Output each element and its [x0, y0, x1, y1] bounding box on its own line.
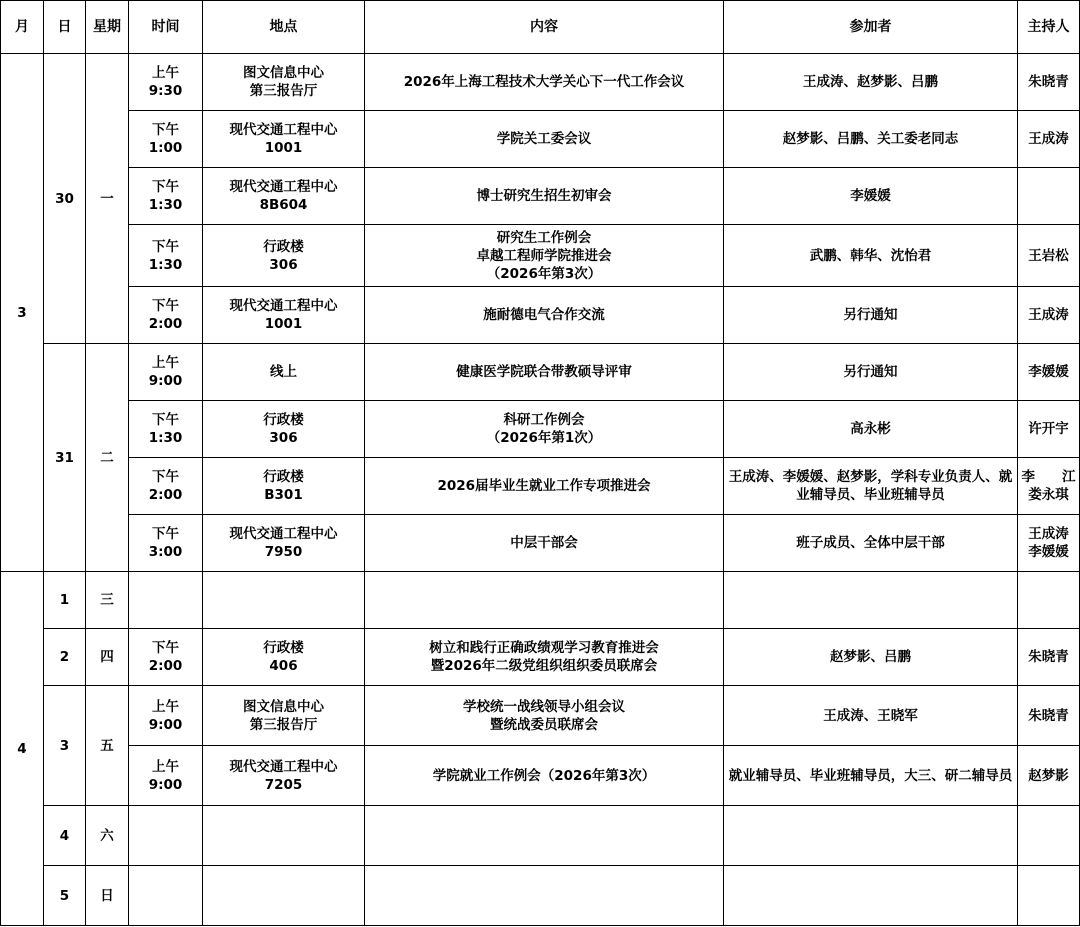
time-cell: 下午 1:30	[129, 225, 203, 287]
participants-cell: 班子成员、全体中层干部	[724, 515, 1018, 572]
content-cell: 博士研究生招生初审会	[365, 168, 724, 225]
header-host: 主持人	[1018, 1, 1080, 54]
header-month: 月	[1, 1, 44, 54]
time-cell: 上午 9:00	[129, 344, 203, 401]
content-cell: 树立和践行正确政绩观学习教育推进会 暨2026年二级党组织组织委员联席会	[365, 629, 724, 686]
participants-cell	[724, 572, 1018, 629]
time-cell: 下午 1:00	[129, 111, 203, 168]
host-cell: 许开宇	[1018, 401, 1080, 458]
weekday-cell: 日	[86, 866, 129, 926]
host-cell	[1018, 806, 1080, 866]
header-location: 地点	[203, 1, 365, 54]
participants-cell: 另行通知	[724, 287, 1018, 344]
participants-cell: 高永彬	[724, 401, 1018, 458]
table-row: 下午 2:00 现代交通工程中心 1001 施耐德电气合作交流 另行通知 王成涛	[1, 287, 1080, 344]
weekday-cell: 一	[86, 54, 129, 344]
content-cell: 学院就业工作例会（2026年第3次）	[365, 746, 724, 806]
table-row: 下午 1:00 现代交通工程中心 1001 学院关工委会议 赵梦影、吕鹏、关工委…	[1, 111, 1080, 168]
participants-cell	[724, 806, 1018, 866]
time-cell: 下午 1:30	[129, 401, 203, 458]
participants-cell: 王成涛、李媛媛、赵梦影，学科专业负责人、就业辅导员、毕业班辅导员	[724, 458, 1018, 515]
time-cell	[129, 806, 203, 866]
header-weekday: 星期	[86, 1, 129, 54]
location-cell	[203, 572, 365, 629]
weekday-cell: 四	[86, 629, 129, 686]
table-row: 3 30 一 上午 9:30 图文信息中心 第三报告厅 2026年上海工程技术大…	[1, 54, 1080, 111]
table-row: 下午 1:30 行政楼 306 科研工作例会 （2026年第1次） 高永彬 许开…	[1, 401, 1080, 458]
content-cell: 2026年上海工程技术大学关心下一代工作会议	[365, 54, 724, 111]
host-cell: 朱晓青	[1018, 629, 1080, 686]
weekday-cell: 五	[86, 686, 129, 806]
time-cell: 下午 2:00	[129, 458, 203, 515]
table-row: 2 四 下午 2:00 行政楼 406 树立和践行正确政绩观学习教育推进会 暨2…	[1, 629, 1080, 686]
participants-cell: 武鹏、韩华、沈怡君	[724, 225, 1018, 287]
table-row: 下午 3:00 现代交通工程中心 7950 中层干部会 班子成员、全体中层干部 …	[1, 515, 1080, 572]
participants-cell: 王成涛、赵梦影、吕鹏	[724, 54, 1018, 111]
location-cell: 行政楼 306	[203, 225, 365, 287]
host-cell: 王成涛 李媛媛	[1018, 515, 1080, 572]
table-row: 4 1 三	[1, 572, 1080, 629]
time-cell: 下午 2:00	[129, 629, 203, 686]
host-cell: 王岩松	[1018, 225, 1080, 287]
host-cell	[1018, 866, 1080, 926]
table-row: 下午 2:00 行政楼 B301 2026届毕业生就业工作专项推进会 王成涛、李…	[1, 458, 1080, 515]
location-cell: 现代交通工程中心 1001	[203, 111, 365, 168]
content-cell: 施耐德电气合作交流	[365, 287, 724, 344]
content-cell: 学院关工委会议	[365, 111, 724, 168]
table-row: 4 六	[1, 806, 1080, 866]
participants-cell: 就业辅导员、毕业班辅导员，大三、研二辅导员	[724, 746, 1018, 806]
day-cell: 3	[44, 686, 86, 806]
time-cell: 下午 1:30	[129, 168, 203, 225]
table-row: 上午 9:00 现代交通工程中心 7205 学院就业工作例会（2026年第3次）…	[1, 746, 1080, 806]
meeting-schedule-table: 月 日 星期 时间 地点 内容 参加者 主持人 3 30 一 上午 9:30 图…	[0, 0, 1080, 926]
content-cell: 研究生工作例会 卓越工程师学院推进会 （2026年第3次）	[365, 225, 724, 287]
location-cell	[203, 866, 365, 926]
table-row: 下午 1:30 现代交通工程中心 8B604 博士研究生招生初审会 李媛媛	[1, 168, 1080, 225]
day-cell: 1	[44, 572, 86, 629]
location-cell: 行政楼 B301	[203, 458, 365, 515]
participants-cell: 赵梦影、吕鹏	[724, 629, 1018, 686]
host-cell: 赵梦影	[1018, 746, 1080, 806]
time-cell: 上午 9:00	[129, 686, 203, 746]
day-cell: 5	[44, 866, 86, 926]
host-cell: 王成涛	[1018, 287, 1080, 344]
location-cell: 现代交通工程中心 7205	[203, 746, 365, 806]
weekday-cell: 三	[86, 572, 129, 629]
content-cell: 科研工作例会 （2026年第1次）	[365, 401, 724, 458]
table-row: 31 二 上午 9:00 线上 健康医学院联合带教硕导评审 另行通知 李媛媛	[1, 344, 1080, 401]
content-cell	[365, 866, 724, 926]
location-cell	[203, 806, 365, 866]
month-cell: 4	[1, 572, 44, 926]
host-cell: 朱晓青	[1018, 54, 1080, 111]
participants-cell: 李媛媛	[724, 168, 1018, 225]
participants-cell: 王成涛、王晓军	[724, 686, 1018, 746]
location-cell: 图文信息中心 第三报告厅	[203, 686, 365, 746]
header-participants: 参加者	[724, 1, 1018, 54]
time-cell: 上午 9:30	[129, 54, 203, 111]
location-cell: 现代交通工程中心 8B604	[203, 168, 365, 225]
month-cell: 3	[1, 54, 44, 572]
weekday-cell: 六	[86, 806, 129, 866]
content-cell: 中层干部会	[365, 515, 724, 572]
day-cell: 4	[44, 806, 86, 866]
participants-cell: 另行通知	[724, 344, 1018, 401]
host-cell: 李 江 娄永琪	[1018, 458, 1080, 515]
host-cell	[1018, 572, 1080, 629]
time-cell	[129, 572, 203, 629]
day-cell: 31	[44, 344, 86, 572]
table-row: 下午 1:30 行政楼 306 研究生工作例会 卓越工程师学院推进会 （2026…	[1, 225, 1080, 287]
host-cell: 朱晓青	[1018, 686, 1080, 746]
location-cell: 行政楼 306	[203, 401, 365, 458]
host-cell: 王成涛	[1018, 111, 1080, 168]
location-cell: 图文信息中心 第三报告厅	[203, 54, 365, 111]
day-cell: 2	[44, 629, 86, 686]
content-cell	[365, 572, 724, 629]
content-cell: 2026届毕业生就业工作专项推进会	[365, 458, 724, 515]
header-time: 时间	[129, 1, 203, 54]
table-row: 5 日	[1, 866, 1080, 926]
header-content: 内容	[365, 1, 724, 54]
weekday-cell: 二	[86, 344, 129, 572]
host-cell: 李媛媛	[1018, 344, 1080, 401]
participants-cell: 赵梦影、吕鹏、关工委老同志	[724, 111, 1018, 168]
location-cell: 现代交通工程中心 1001	[203, 287, 365, 344]
content-cell: 学校统一战线领导小组会议 暨统战委员联席会	[365, 686, 724, 746]
time-cell: 下午 3:00	[129, 515, 203, 572]
header-day: 日	[44, 1, 86, 54]
host-cell	[1018, 168, 1080, 225]
location-cell: 行政楼 406	[203, 629, 365, 686]
header-row: 月 日 星期 时间 地点 内容 参加者 主持人	[1, 1, 1080, 54]
time-cell: 上午 9:00	[129, 746, 203, 806]
location-cell: 现代交通工程中心 7950	[203, 515, 365, 572]
time-cell: 下午 2:00	[129, 287, 203, 344]
day-cell: 30	[44, 54, 86, 344]
time-cell	[129, 866, 203, 926]
content-cell	[365, 806, 724, 866]
table-row: 3 五 上午 9:00 图文信息中心 第三报告厅 学校统一战线领导小组会议 暨统…	[1, 686, 1080, 746]
content-cell: 健康医学院联合带教硕导评审	[365, 344, 724, 401]
location-cell: 线上	[203, 344, 365, 401]
participants-cell	[724, 866, 1018, 926]
